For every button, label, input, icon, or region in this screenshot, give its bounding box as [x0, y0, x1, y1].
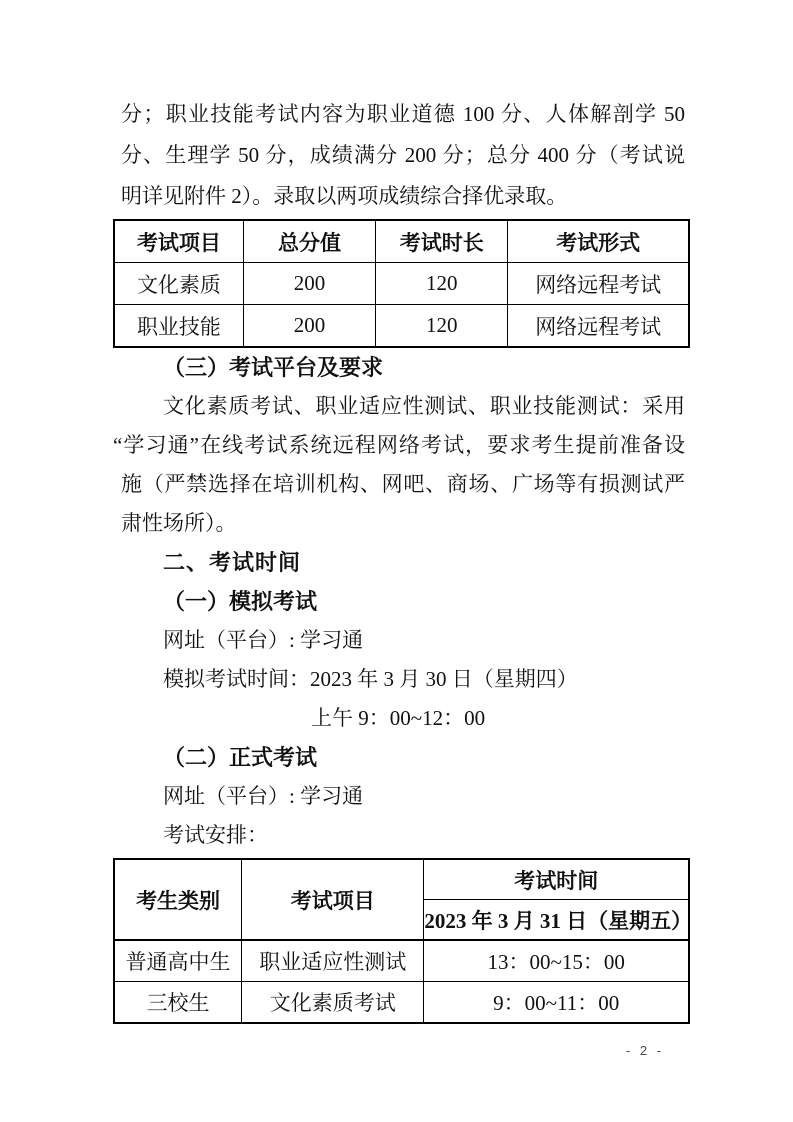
- table-cell: 120: [376, 305, 508, 348]
- table-cell: 普通高中生: [114, 940, 242, 982]
- table-cell: 三校生: [114, 982, 242, 1024]
- table-header-cell: 考试项目: [114, 220, 243, 263]
- formal-exam-arrangement-label: 考试安排：: [121, 816, 685, 855]
- exam-schedule-table: 考生类别 考试项目 考试时间 2023 年 3 月 31 日（星期五） 普通高中…: [113, 858, 690, 1024]
- table-header-date-cell: 2023 年 3 月 31 日（星期五）: [424, 900, 689, 941]
- table-header-cell: 考试时长: [376, 220, 508, 263]
- table-cell: 13：00~15：00: [424, 940, 689, 982]
- section3-line: 文化素质考试、职业适应性测试、职业技能测试：采用: [121, 387, 685, 426]
- table-cell: 网络远程考试: [508, 305, 689, 348]
- table-header-row: 考生类别 考试项目 考试时间: [114, 859, 689, 900]
- intro-line: 分；职业技能考试内容为职业道德 100 分、人体解剖学 50: [121, 94, 685, 135]
- table-cell: 文化素质: [114, 263, 243, 305]
- mock-exam-time-label: 模拟考试时间：2023 年 3 月 30 日（星期四）: [121, 660, 685, 699]
- table-row: 普通高中生 职业适应性测试 13：00~15：00: [114, 940, 689, 982]
- table-header-cell: 考试形式: [508, 220, 689, 263]
- table-row: 三校生 文化素质考试 9：00~11：00: [114, 982, 689, 1024]
- page-number: - 2 -: [600, 1043, 690, 1058]
- table-cell: 文化素质考试: [242, 982, 424, 1024]
- section3-heading: （三）考试平台及要求: [121, 348, 685, 387]
- intro-paragraph: 分；职业技能考试内容为职业道德 100 分、人体解剖学 50 分、生理学 50 …: [121, 94, 685, 217]
- mock-exam-time-range: 上午 9：00~12：00: [121, 699, 685, 738]
- mock-exam-heading: （一）模拟考试: [121, 582, 685, 621]
- mock-exam-platform: 网址（平台）: 学习通: [121, 621, 685, 660]
- section3-line: 肃性场所）。: [121, 504, 685, 543]
- table-cell: 网络远程考试: [508, 263, 689, 305]
- table-header-cell: 总分值: [243, 220, 375, 263]
- table-header-cell: 考生类别: [114, 859, 242, 940]
- document-page: 分；职业技能考试内容为职业道德 100 分、人体解剖学 50 分、生理学 50 …: [0, 0, 793, 1122]
- table-cell: 200: [243, 263, 375, 305]
- table-header-cell: 考试项目: [242, 859, 424, 940]
- table-row: 职业技能 200 120 网络远程考试: [114, 305, 689, 348]
- exam-overview-table: 考试项目 总分值 考试时长 考试形式 文化素质 200 120 网络远程考试 职…: [113, 219, 690, 348]
- table-cell: 职业适应性测试: [242, 940, 424, 982]
- table-cell: 200: [243, 305, 375, 348]
- section3-line: “学习通”在线考试系统远程网络考试，要求考生提前准备设: [113, 426, 685, 465]
- document-content: 分；职业技能考试内容为职业道德 100 分、人体解剖学 50 分、生理学 50 …: [121, 94, 685, 1024]
- section3-line: 施（严禁选择在培训机构、网吧、商场、广场等有损测试严: [121, 465, 685, 504]
- exam-time-heading: 二、考试时间: [121, 543, 685, 582]
- section3-paragraph: 文化素质考试、职业适应性测试、职业技能测试：采用 “学习通”在线考试系统远程网络…: [121, 387, 685, 543]
- table-cell: 120: [376, 263, 508, 305]
- formal-exam-heading: （二）正式考试: [121, 738, 685, 777]
- table-header-row: 考试项目 总分值 考试时长 考试形式: [114, 220, 689, 263]
- table-header-cell: 考试时间: [424, 859, 689, 900]
- intro-line: 分、生理学 50 分，成绩满分 200 分；总分 400 分（考试说: [121, 135, 685, 176]
- table-cell: 9：00~11：00: [424, 982, 689, 1024]
- table-row: 文化素质 200 120 网络远程考试: [114, 263, 689, 305]
- formal-exam-platform: 网址（平台）: 学习通: [121, 777, 685, 816]
- table-cell: 职业技能: [114, 305, 243, 348]
- intro-line: 明详见附件 2）。录取以两项成绩综合择优录取。: [121, 176, 685, 217]
